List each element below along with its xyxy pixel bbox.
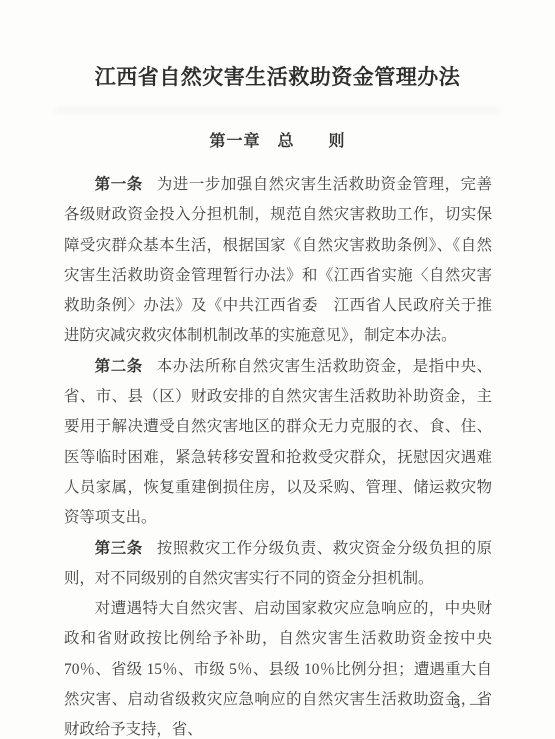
scan-artifact	[55, 107, 500, 114]
document-body: 第一条为进一步加强自然灾害生活救助资金管理，完善各级财政资金投入分担机制，规范自…	[64, 170, 492, 739]
clause-paragraph-2: 第二条本办法所称自然灾害生活救助资金，是指中央、省、市、县（区）财政安排的自然灾…	[64, 352, 492, 534]
chapter-heading: 第一章 总 则	[0, 132, 555, 151]
paragraph-text: 为进一步加强自然灾害生活救助资金管理，完善各级财政资金投入分担机制，规范自然灾害…	[64, 176, 492, 344]
clause-paragraph-3: 第三条按照救灾工作分级负责、救灾资金分级负担的原则，对不同级别的自然灾害实行不同…	[64, 534, 492, 595]
page-title: 江西省自然灾害生活救助资金管理办法	[0, 0, 555, 92]
page-number: — 3 —	[428, 696, 488, 713]
clause-label: 第一条	[95, 176, 143, 193]
clause-label: 第二条	[95, 358, 143, 375]
paragraph-text: 对遭遇特大自然灾害、启动国家救灾应急响应的，中央财政和省财政按比例给予补助，自然…	[64, 600, 492, 738]
clause-label: 第三条	[95, 540, 143, 557]
document-page: 江西省自然灾害生活救助资金管理办法 第一章 总 则 第一条为进一步加强自然灾害生…	[0, 0, 555, 739]
clause-paragraph-1: 第一条为进一步加强自然灾害生活救助资金管理，完善各级财政资金投入分担机制，规范自…	[64, 170, 492, 352]
continuation-paragraph: 对遭遇特大自然灾害、启动国家救灾应急响应的，中央财政和省财政按比例给予补助，自然…	[64, 594, 492, 739]
paragraph-text: 本办法所称自然灾害生活救助资金，是指中央、省、市、县（区）财政安排的自然灾害生活…	[64, 358, 492, 526]
